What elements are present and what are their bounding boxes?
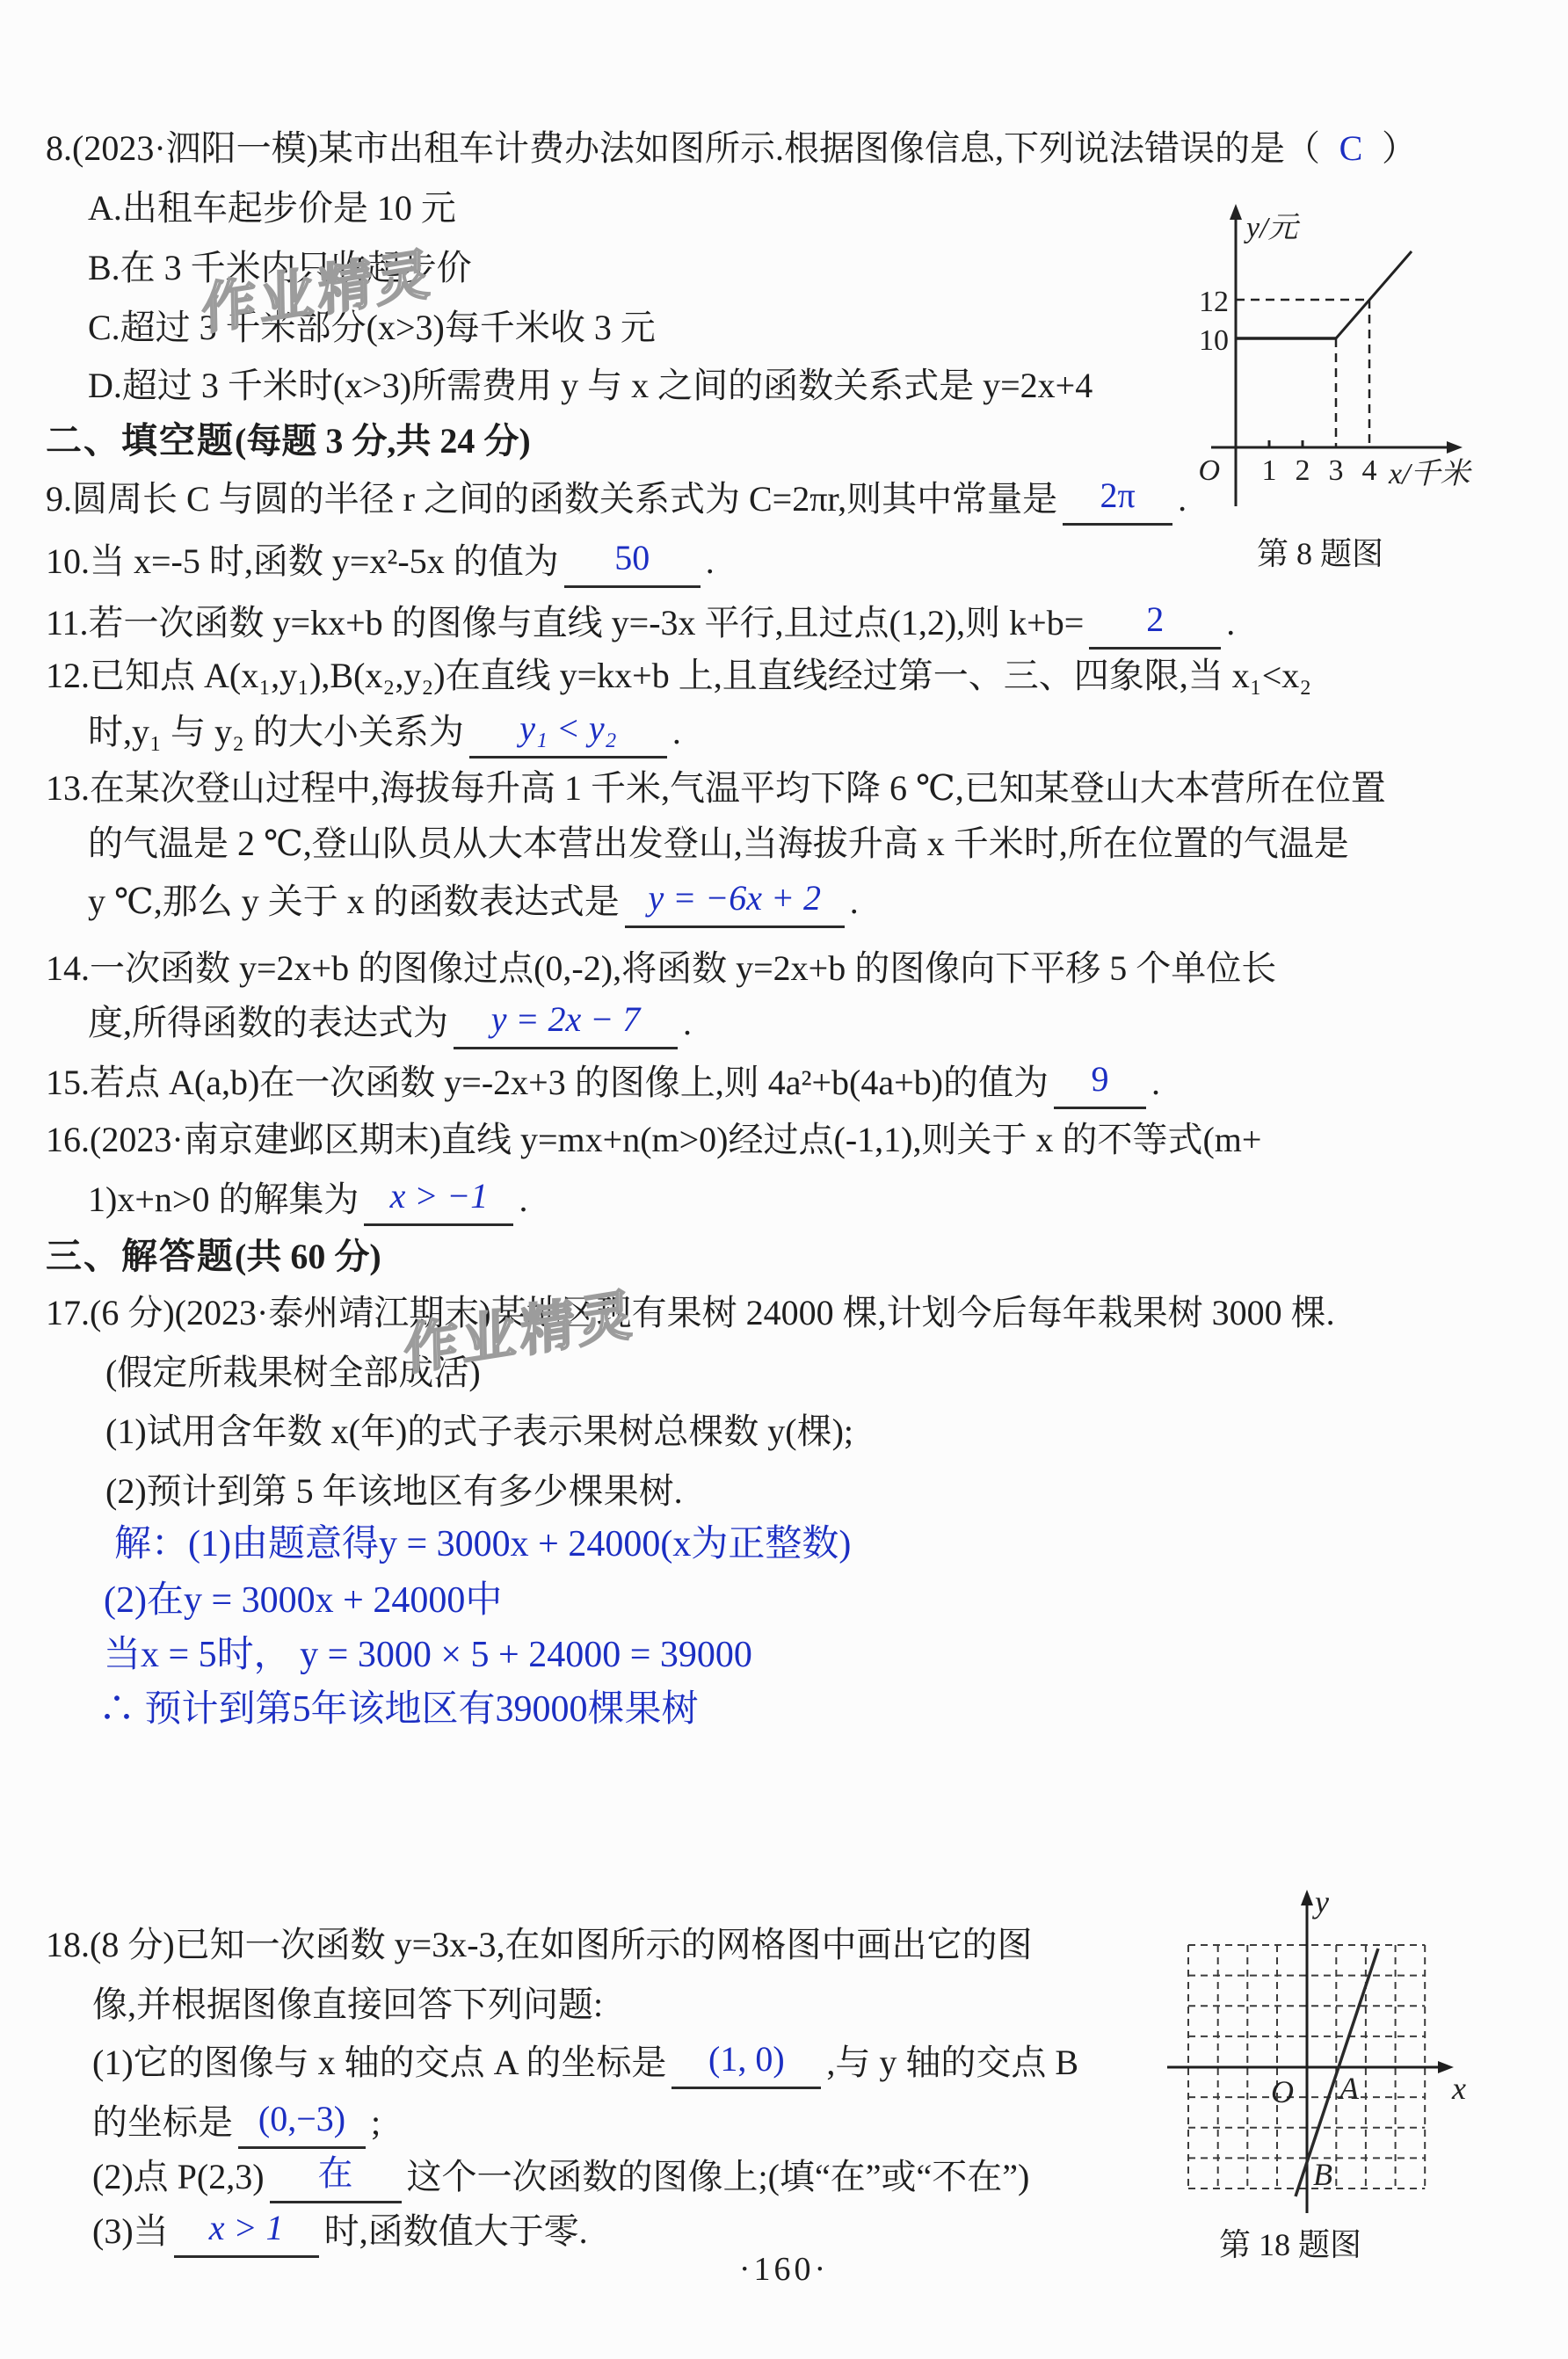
question-11-answer: 2 (1146, 596, 1164, 643)
question-18-part1b-blank: (0,−3) (238, 2104, 366, 2149)
question-11-period: . (1226, 603, 1235, 642)
question-16-answer: x > −1 (390, 1172, 489, 1220)
question-18-line2: 像,并根据图像直接回答下列问题: (92, 1981, 603, 2029)
question-11-blank: 2 (1089, 605, 1221, 650)
question-18-part3-text: (3)当 (92, 2211, 169, 2251)
q8-ytick-10: 10 (1199, 324, 1229, 357)
section-3-note: (共 60 分) (235, 1237, 381, 1276)
question-18-part2-blank: 在 (270, 2159, 402, 2203)
question-8-option-d: D.超过 3 千米时(x>3)所需费用 y 与 x 之间的函数关系式是 y=2x… (88, 362, 1093, 410)
q8-y-axis-label: y/元 (1244, 212, 1301, 244)
question-13-line3: y ℃,那么 y 关于 x 的函数表达式是y = −6x + 2. (88, 878, 859, 928)
question-12-line2: 时,y₁ 与 y₂ 的大小关系为y₁ < y₂. (88, 708, 681, 759)
q18-grid-graph: y x O A B (1143, 1881, 1564, 2229)
question-11-text: 11.若一次函数 y=kx+b 的图像与直线 y=-3x 平行,且过点(1,2)… (46, 603, 1084, 642)
question-14-text: 度,所得函数的表达式为 (88, 1003, 448, 1042)
q8-xtick-2: 2 (1296, 454, 1310, 487)
q8-x-axis-label: x/千米 (1388, 458, 1473, 490)
question-18-part3-tail: 时,函数值大于零. (324, 2211, 588, 2251)
question-15-period: . (1151, 1063, 1160, 1102)
q18-origin-label: O (1271, 2074, 1294, 2109)
question-18-part1-blank: (1, 0) (671, 2044, 821, 2089)
question-12-blank: y₁ < y₂ (469, 714, 667, 759)
question-15-blank: 9 (1054, 1064, 1146, 1109)
question-13-line2: 的气温是 2 ℃,登山队员从大本营出发登山,当海拔升高 x 千米时,所在位置的气… (88, 820, 1349, 867)
q8-figure-caption: 第 8 题图 (1188, 529, 1452, 574)
question-8-stem: 8.(2023·泗阳一模)某市出租车计费办法如图所示.根据图像信息,下列说法错误… (46, 125, 1417, 172)
q8-ytick-12: 12 (1199, 286, 1229, 318)
question-14-line2: 度,所得函数的表达式为y = 2x − 7. (88, 999, 692, 1049)
question-10-text: 10.当 x=-5 时,函数 y=x²-5x 的值为 (46, 541, 559, 581)
question-16-text: 1)x+n>0 的解集为 (88, 1179, 359, 1219)
section-2-note: (每题 3 分,共 24 分) (235, 421, 531, 461)
q8-xtick-1: 1 (1262, 454, 1277, 487)
question-13-period: . (850, 882, 859, 921)
question-12-period: . (672, 712, 681, 751)
q8-taxi-fare-graph: y/元 12 10 O 1 2 3 4 x/千米 (1158, 200, 1475, 524)
question-16-line2: 1)x+n>0 的解集为x > −1. (88, 1176, 527, 1226)
question-17-line1: 17.(6 分)(2023·泰州靖江期末)某地区现有果树 24000 棵,计划今… (46, 1289, 1335, 1337)
question-13-answer: y = −6x + 2 (649, 875, 821, 922)
question-13-text: y ℃,那么 y 关于 x 的函数表达式是 (88, 882, 620, 921)
question-18-part1b-answer: (0,−3) (258, 2095, 345, 2143)
question-13-line1: 13.在某次登山过程中,海拔每升高 1 千米,气温平均下降 6 ℃,已知某登山大… (46, 765, 1386, 812)
question-13-blank: y = −6x + 2 (625, 883, 845, 928)
question-12-text: 时,y₁ 与 y₂ 的大小关系为 (88, 712, 464, 751)
question-17-part1: (1)试用含年数 x(年)的式子表示果树总棵数 y(棵); (105, 1408, 853, 1455)
question-8-stem-close: ） (1382, 128, 1417, 168)
question-15-answer: 9 (1091, 1056, 1108, 1103)
q18-point-b-label: B (1313, 2157, 1332, 2192)
q8-xtick-4: 4 (1362, 454, 1377, 487)
question-18-part1-answer: (1, 0) (708, 2036, 785, 2083)
question-15: 15.若点 A(a,b)在一次函数 y=-2x+3 的图像上,则 4a²+b(4… (46, 1059, 1160, 1109)
question-8-option-a: A.出租车起步价是 10 元 (88, 185, 456, 232)
question-17-solution-line2: (2)在y = 3000x + 24000中 (104, 1577, 502, 1624)
question-9-blank: 2π (1063, 481, 1172, 526)
question-18-part2-answer: 在 (318, 2150, 353, 2197)
question-14-answer: y = 2x − 7 (491, 996, 641, 1043)
question-18-part2-tail: 这个一次函数的图像上;(填“在”或“不在”) (407, 2157, 1030, 2196)
question-10-period: . (706, 541, 715, 581)
question-17-solution-line4: ∴ 预计到第5年该地区有39000棵果树 (98, 1686, 699, 1733)
question-14-blank: y = 2x − 7 (454, 1005, 678, 1049)
question-18-part1: (1)它的图像与 x 轴的交点 A 的坐标是(1, 0),与 y 轴的交点 B (92, 2039, 1078, 2089)
question-12-line1: 12.已知点 A(x₁,y₁),B(x₂,y₂)在直线 y=kx+b 上,且直线… (46, 652, 1311, 700)
question-15-text: 15.若点 A(a,b)在一次函数 y=-2x+3 的图像上,则 4a²+b(4… (46, 1063, 1049, 1102)
question-10-blank: 50 (564, 543, 701, 588)
question-9-answer: 2π (1100, 472, 1136, 519)
question-14-period: . (683, 1003, 692, 1042)
question-12-answer: y₁ < y₂ (519, 705, 616, 752)
watermark-text: 作业精灵 (403, 1270, 637, 1386)
question-18-part1b-tail: ; (371, 2102, 381, 2142)
question-16-blank: x > −1 (364, 1181, 513, 1226)
question-8-stem-text: 8.(2023·泗阳一模)某市出租车计费办法如图所示.根据图像信息,下列说法错误… (46, 128, 1320, 168)
question-16-line1: 16.(2023·南京建邺区期末)直线 y=mx+n(m>0)经过点(-1,1)… (46, 1116, 1261, 1164)
question-18-part1-text: (1)它的图像与 x 轴的交点 A 的坐标是 (92, 2043, 666, 2082)
q18-point-a-label: A (1338, 2071, 1360, 2106)
question-17-solution-line3: 当x = 5时， y = 3000 × 5 + 24000 = 39000 (104, 1631, 752, 1679)
question-11: 11.若一次函数 y=kx+b 的图像与直线 y=-3x 平行,且过点(1,2)… (46, 599, 1235, 650)
question-14-line1: 14.一次函数 y=2x+b 的图像过点(0,-2),将函数 y=2x+b 的图… (46, 945, 1276, 992)
question-18-part2: (2)点 P(2,3)在这个一次函数的图像上;(填“在”或“不在”) (92, 2153, 1029, 2203)
worksheet-page: 作业精灵 作业精灵 8.(2023·泗阳一模)某市出租车计费办法如图所示.根据图… (0, 0, 1568, 2359)
question-18-line1: 18.(8 分)已知一次函数 y=3x-3,在如图所示的网格图中画出它的图 (46, 1921, 1033, 1969)
question-8-answer: C (1320, 125, 1382, 172)
section-3-heading: 三、解答题(共 60 分) (46, 1232, 381, 1281)
q18-y-axis-label: y (1312, 1884, 1329, 1920)
question-17-solution-line1: 解：(1)由题意得y = 3000x + 24000(x为正整数) (114, 1521, 851, 1568)
question-9: 9.圆周长 C 与圆的半径 r 之间的函数关系式为 C=2πr,则其中常量是2π… (46, 475, 1187, 526)
question-18-part2-text: (2)点 P(2,3) (92, 2157, 265, 2196)
question-9-text: 9.圆周长 C 与圆的半径 r 之间的函数关系式为 C=2πr,则其中常量是 (46, 479, 1057, 519)
question-10-answer: 50 (614, 534, 650, 582)
page-number: ·160· (0, 2250, 1568, 2289)
question-18-part1-tail: ,与 y 轴的交点 B (826, 2043, 1078, 2082)
q8-xtick-3: 3 (1329, 454, 1344, 487)
question-18-part1b: 的坐标是(0,−3); (92, 2099, 381, 2149)
question-16-period: . (519, 1179, 527, 1219)
q8-origin-label: O (1198, 454, 1220, 487)
question-17-part2: (2)预计到第 5 年该地区有多少棵果树. (105, 1468, 683, 1515)
question-18-part3-answer: x > 1 (209, 2204, 284, 2252)
section-2-label: 二、填空题 (46, 420, 235, 461)
question-10: 10.当 x=-5 时,函数 y=x²-5x 的值为50. (46, 538, 715, 588)
question-9-period: . (1178, 479, 1187, 519)
q18-x-axis-label: x (1451, 2071, 1466, 2106)
question-18-part1b-text: 的坐标是 (92, 2102, 233, 2142)
section-2-heading: 二、填空题(每题 3 分,共 24 分) (46, 417, 531, 465)
section-3-label: 三、解答题 (46, 1236, 235, 1276)
